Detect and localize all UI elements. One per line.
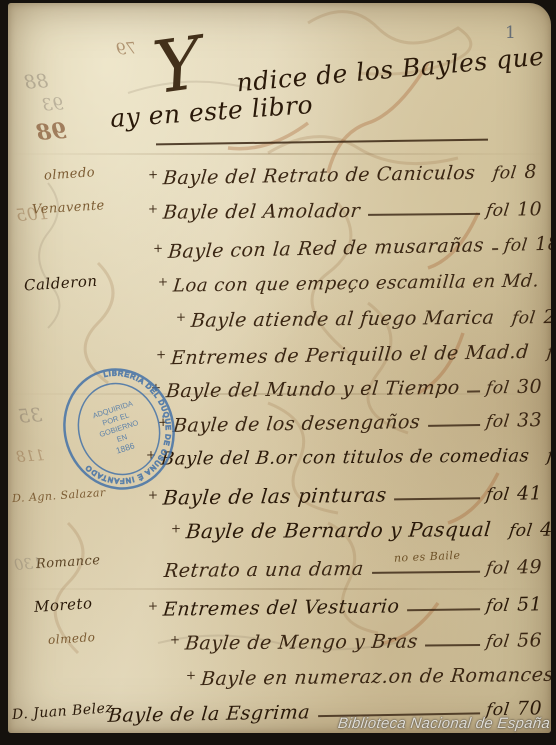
margin-author-note: Romance bbox=[36, 553, 101, 572]
leader-line bbox=[428, 424, 480, 427]
index-entry-row: olmedo + Bayle de Mengo y Bras fol 56 bbox=[170, 623, 551, 654]
cross-marker: + bbox=[153, 241, 164, 255]
index-entry-row: Moreto + Entremes del Vestuario fol 51 bbox=[148, 587, 551, 621]
fol-label: fol bbox=[484, 412, 510, 432]
page-title-line2: ay en este libro bbox=[109, 90, 314, 133]
entry-folio-number: 41 bbox=[517, 482, 551, 505]
entry-title: Retrato a una dama bbox=[163, 558, 365, 582]
fol-label: fol bbox=[511, 308, 537, 328]
cross-marker: + bbox=[171, 521, 182, 535]
index-entry-row: + Bayle con la Red de musarañas fol 18 bbox=[153, 227, 551, 263]
leader-line bbox=[483, 176, 487, 178]
leader-line bbox=[394, 497, 479, 500]
cross-marker: + bbox=[170, 633, 181, 647]
index-entry-row: Calderon + Loa con que empeço escamilla … bbox=[158, 263, 551, 297]
fol-label: fol bbox=[484, 558, 510, 578]
bleedthrough-number: 79 bbox=[115, 38, 137, 58]
index-entry-row: + Bayle en numeraz.on de Romances fol 61 bbox=[186, 658, 551, 690]
entry-title: Bayle de la Esgrima bbox=[107, 701, 311, 727]
index-entry-row: olmedo + Bayle del Retrato de Caniculos … bbox=[148, 154, 551, 189]
title-initial-letter: Y bbox=[149, 26, 207, 104]
entry-title: Loa con que empeço escamilla en Md. bbox=[172, 270, 540, 296]
index-entry-row: Romance Retrato a una dama no es Baile f… bbox=[160, 550, 551, 582]
entry-title: Bayle del Retrato de Caniculos bbox=[162, 162, 476, 189]
cross-marker: + bbox=[148, 167, 159, 181]
entry-folio-number: 56 bbox=[517, 629, 551, 651]
fol-label: fol bbox=[546, 446, 551, 466]
cross-marker: + bbox=[148, 202, 159, 216]
leader-line bbox=[502, 321, 506, 323]
entry-title: Bayle de Bernardo y Pasqual bbox=[184, 517, 491, 543]
entry-title: Entremes del Vestuario bbox=[162, 595, 400, 620]
bleedthrough-number: 118 bbox=[15, 446, 45, 466]
bleedthrough-number: 98 bbox=[35, 118, 67, 146]
entry-title: Bayle del Mundo y el Tiempo bbox=[165, 377, 461, 403]
entry-folio-number: 8 bbox=[524, 160, 551, 182]
entry-folio-number: 30 bbox=[517, 376, 551, 398]
entry-title: Bayle del B.or con titulos de comedias bbox=[160, 445, 530, 469]
entry-title: Bayle de los desengaños bbox=[172, 411, 421, 437]
leader-line bbox=[425, 644, 479, 646]
cross-marker: + bbox=[158, 275, 169, 289]
library-stamp: LIBRERIA DEL DUQUE DE OSUNA É INFANTADO … bbox=[58, 363, 180, 495]
title-underline bbox=[156, 139, 488, 146]
leader-line bbox=[467, 390, 479, 392]
index-entry-row: + Bayle del B.or con titulos de comedias… bbox=[146, 438, 551, 470]
entry-title: Bayle de Mengo y Bras bbox=[184, 631, 419, 655]
leader-line bbox=[547, 283, 551, 285]
entry-folio-number: 22 bbox=[543, 306, 551, 328]
leader-line bbox=[368, 213, 480, 216]
margin-author-note: Moreto bbox=[33, 594, 93, 616]
leader-line bbox=[499, 533, 503, 535]
scanned-page-frame: 79 88 93 98 105 35 118 130 1 Y ndice de … bbox=[0, 0, 556, 745]
entry-folio-number: 51 bbox=[517, 593, 551, 616]
fol-label: fol bbox=[484, 378, 510, 398]
fol-label: fol bbox=[502, 235, 528, 256]
margin-author-note: Venavente bbox=[32, 198, 106, 217]
entry-title: Bayle en numeraz.on de Romances bbox=[200, 664, 551, 690]
fol-label: fol bbox=[484, 485, 510, 505]
index-entry-row: D. Agn. Salazar + Bayle de las pinturas … bbox=[148, 476, 551, 510]
manuscript-paper: 79 88 93 98 105 35 118 130 1 Y ndice de … bbox=[8, 3, 551, 733]
fol-label: fol bbox=[484, 632, 510, 652]
entry-folio-number: 18 bbox=[535, 233, 551, 256]
leader-line bbox=[537, 355, 541, 357]
entry-title: Bayle de las pinturas bbox=[162, 482, 388, 509]
entry-folio-number: 43 bbox=[540, 519, 551, 541]
leader-line bbox=[407, 608, 480, 611]
fol-label: fol bbox=[492, 163, 518, 183]
index-entry-row: + Bayle de los desengaños fol 33 bbox=[158, 403, 551, 437]
index-entry-row: Venavente + Bayle del Amolador fol 10 bbox=[148, 192, 551, 224]
margin-author-note: olmedo bbox=[44, 165, 96, 184]
entry-title: Bayle atiende al fuego Marica bbox=[190, 307, 495, 332]
index-entry-row: + Bayle atiende al fuego Marica fol 22 bbox=[176, 300, 551, 332]
entry-title: Bayle con la Red de musarañas bbox=[167, 234, 485, 263]
entry-title: Bayle del Amolador bbox=[162, 200, 361, 224]
no-es-baile-note: no es Baile bbox=[394, 549, 461, 565]
entry-folio-number: 49 bbox=[517, 556, 551, 578]
entry-folio-number: 33 bbox=[517, 409, 551, 432]
margin-author-note: olmedo bbox=[48, 630, 96, 647]
index-entry-row: + Entremes de Periquillo el de Mad.d fol… bbox=[156, 335, 551, 370]
entry-title: Entremes de Periquillo el de Mad.d bbox=[170, 341, 530, 369]
fol-label: fol bbox=[484, 596, 510, 616]
leader-line bbox=[492, 248, 498, 250]
margin-author-note: D. Juan Belez bbox=[12, 700, 114, 723]
cross-marker: + bbox=[186, 668, 197, 682]
folio-page-number: 1 bbox=[505, 23, 516, 43]
cross-marker: + bbox=[148, 599, 159, 613]
bne-watermark: Biblioteca Nacional de España bbox=[337, 715, 551, 732]
page-title-line1: ndice de los Bayles que bbox=[235, 42, 545, 98]
bleedthrough-number: 93 bbox=[41, 94, 64, 115]
cross-marker: + bbox=[176, 310, 187, 324]
margin-author-note: Calderon bbox=[23, 272, 98, 295]
fol-label: fol bbox=[507, 521, 533, 541]
fol-label: fol bbox=[545, 342, 551, 362]
cross-marker: + bbox=[156, 347, 167, 361]
bleedthrough-number: 88 bbox=[23, 70, 49, 94]
bleedthrough-number: 35 bbox=[17, 404, 43, 428]
index-entry-row: + Bayle del Mundo y el Tiempo fol 30 bbox=[151, 370, 551, 403]
entry-folio-number: 10 bbox=[517, 198, 551, 220]
fol-label: fol bbox=[484, 201, 510, 221]
leader-line bbox=[537, 458, 541, 460]
index-entry-row: + Bayle de Bernardo y Pasqual fol 43 bbox=[171, 513, 551, 544]
leader-line bbox=[372, 571, 480, 574]
